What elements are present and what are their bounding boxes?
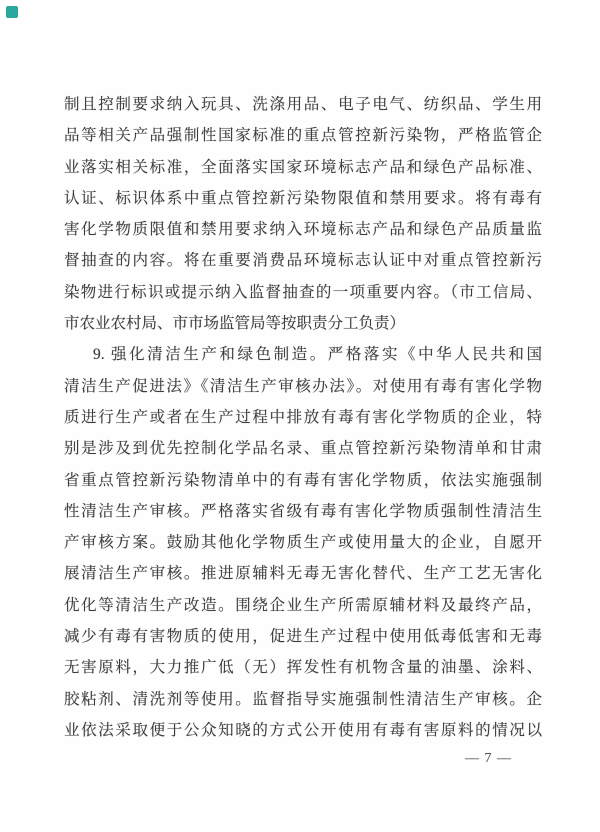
- text-line-8: 市农业农村局、市市场监管局等按职责分工负责）: [64, 308, 542, 339]
- scan-corner-mark: [6, 6, 18, 18]
- text-line-15: 产审核方案。鼓励其他化学物质生产或使用量大的企业，自愿开: [64, 527, 542, 558]
- text-line-2: 品等相关产品强制性国家标准的重点管控新污染物，严格监管企: [64, 120, 542, 151]
- text-line-3: 业落实相关标准，全面落实国家环境标志产品和绿色产品标准、: [64, 152, 542, 183]
- text-line-21: 业依法采取便于公众知晓的方式公开使用有毒有害原料的情况以: [64, 715, 542, 746]
- text-line-12: 别是涉及到优先控制化学品名录、重点管控新污染物清单和甘肃: [64, 433, 542, 464]
- text-line-6: 督抽查的内容。将在重要消费品环境标志认证中对重点管控新污: [64, 245, 542, 276]
- text-line-10: 清洁生产促进法》《清洁生产审核办法》。对使用有毒有害化学物: [64, 371, 542, 402]
- text-line-5: 害化学物质限值和禁用要求纳入环境标志产品和绿色产品质量监: [64, 214, 542, 245]
- text-line-18: 减少有毒有害物质的使用，促进生产过程中使用低毒低害和无毒: [64, 621, 542, 652]
- scanned-document-page: 制且控制要求纳入玩具、洗涤用品、电子电气、纺织品、学生用 品等相关产品强制性国家…: [0, 0, 600, 832]
- text-line-14: 性清洁生产审核。严格落实省级有毒有害化学物质强制性清洁生: [64, 496, 542, 527]
- text-line-7: 染物进行标识或提示纳入监督抽查的一项重要内容。（市工信局、: [64, 277, 542, 308]
- text-line-4: 认证、标识体系中重点管控新污染物限值和禁用要求。将有毒有: [64, 183, 542, 214]
- text-line-17: 优化等清洁生产改造。围绕企业生产所需原辅材料及最终产品，: [64, 590, 542, 621]
- text-line-11: 质进行生产或者在生产过程中排放有毒有害化学物质的企业，特: [64, 402, 542, 433]
- text-line-16: 展清洁生产审核。推进原辅料无毒无害化替代、生产工艺无害化: [64, 558, 542, 589]
- page-number: — 7 —: [465, 751, 512, 767]
- text-line-19: 无害原料，大力推广低（无）挥发性有机物含量的油墨、涂料、: [64, 652, 542, 683]
- text-line-13: 省重点管控新污染物清单中的有毒有害化学物质，依法实施强制: [64, 465, 542, 496]
- text-line-20: 胶粘剂、清洗剂等使用。监督指导实施强制性清洁生产审核。企: [64, 684, 542, 715]
- text-line-9: 9. 强化清洁生产和绿色制造。严格落实《中华人民共和国: [64, 339, 542, 370]
- text-line-1: 制且控制要求纳入玩具、洗涤用品、电子电气、纺织品、学生用: [64, 89, 542, 120]
- document-body: 制且控制要求纳入玩具、洗涤用品、电子电气、纺织品、学生用 品等相关产品强制性国家…: [64, 89, 542, 746]
